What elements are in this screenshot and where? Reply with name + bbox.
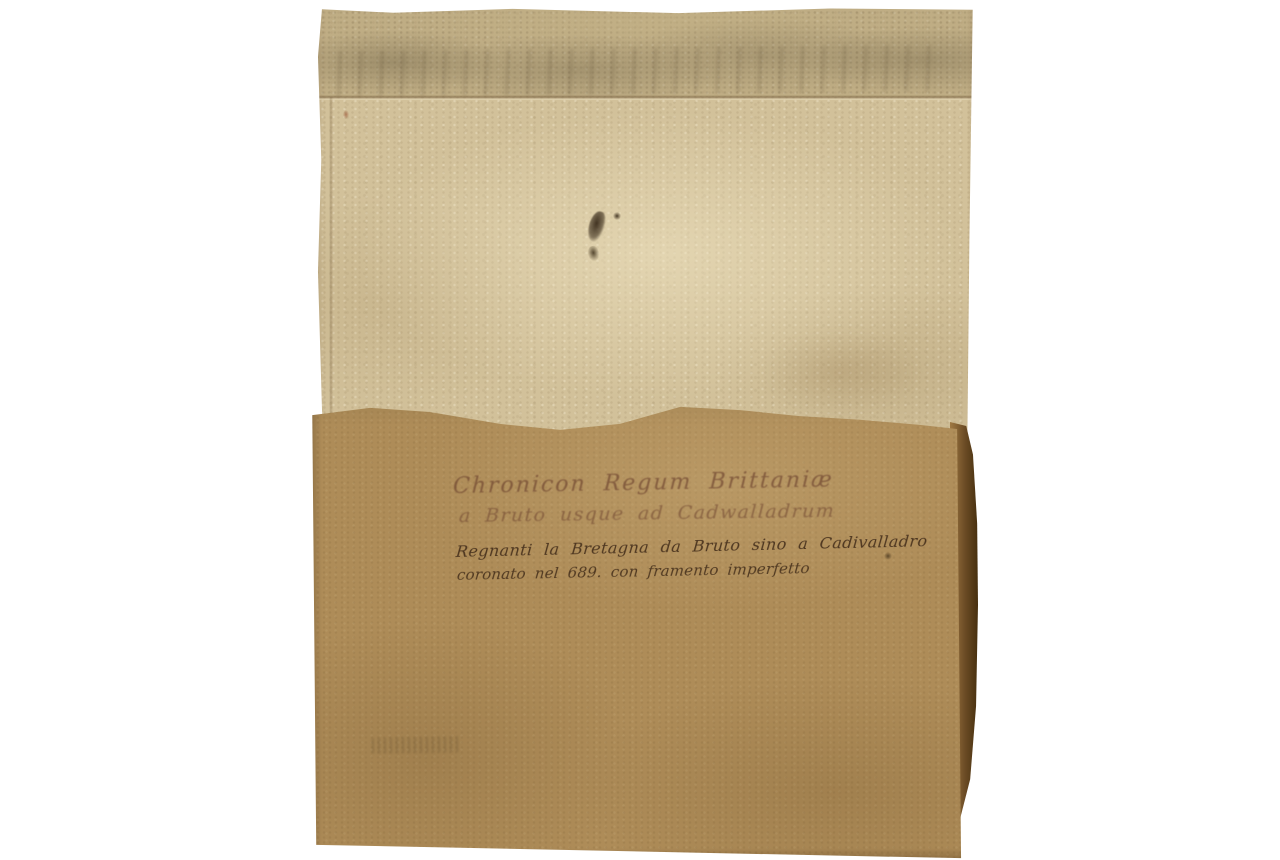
left-hinge-crease [330,97,333,435]
lower-parchment-flap [309,400,965,860]
ink-blot-dot [613,212,621,220]
rust-speck [343,110,349,119]
water-stain [760,330,920,415]
fold-crease-line [314,95,976,100]
parchment-photo: Chronicon Regum Brittaniæ a Bruto usque … [0,0,1280,860]
faint-stamp [372,736,460,754]
ink-speck [884,552,892,560]
ghost-ink-offset [330,45,940,97]
upper-parchment-sheet [314,5,976,435]
